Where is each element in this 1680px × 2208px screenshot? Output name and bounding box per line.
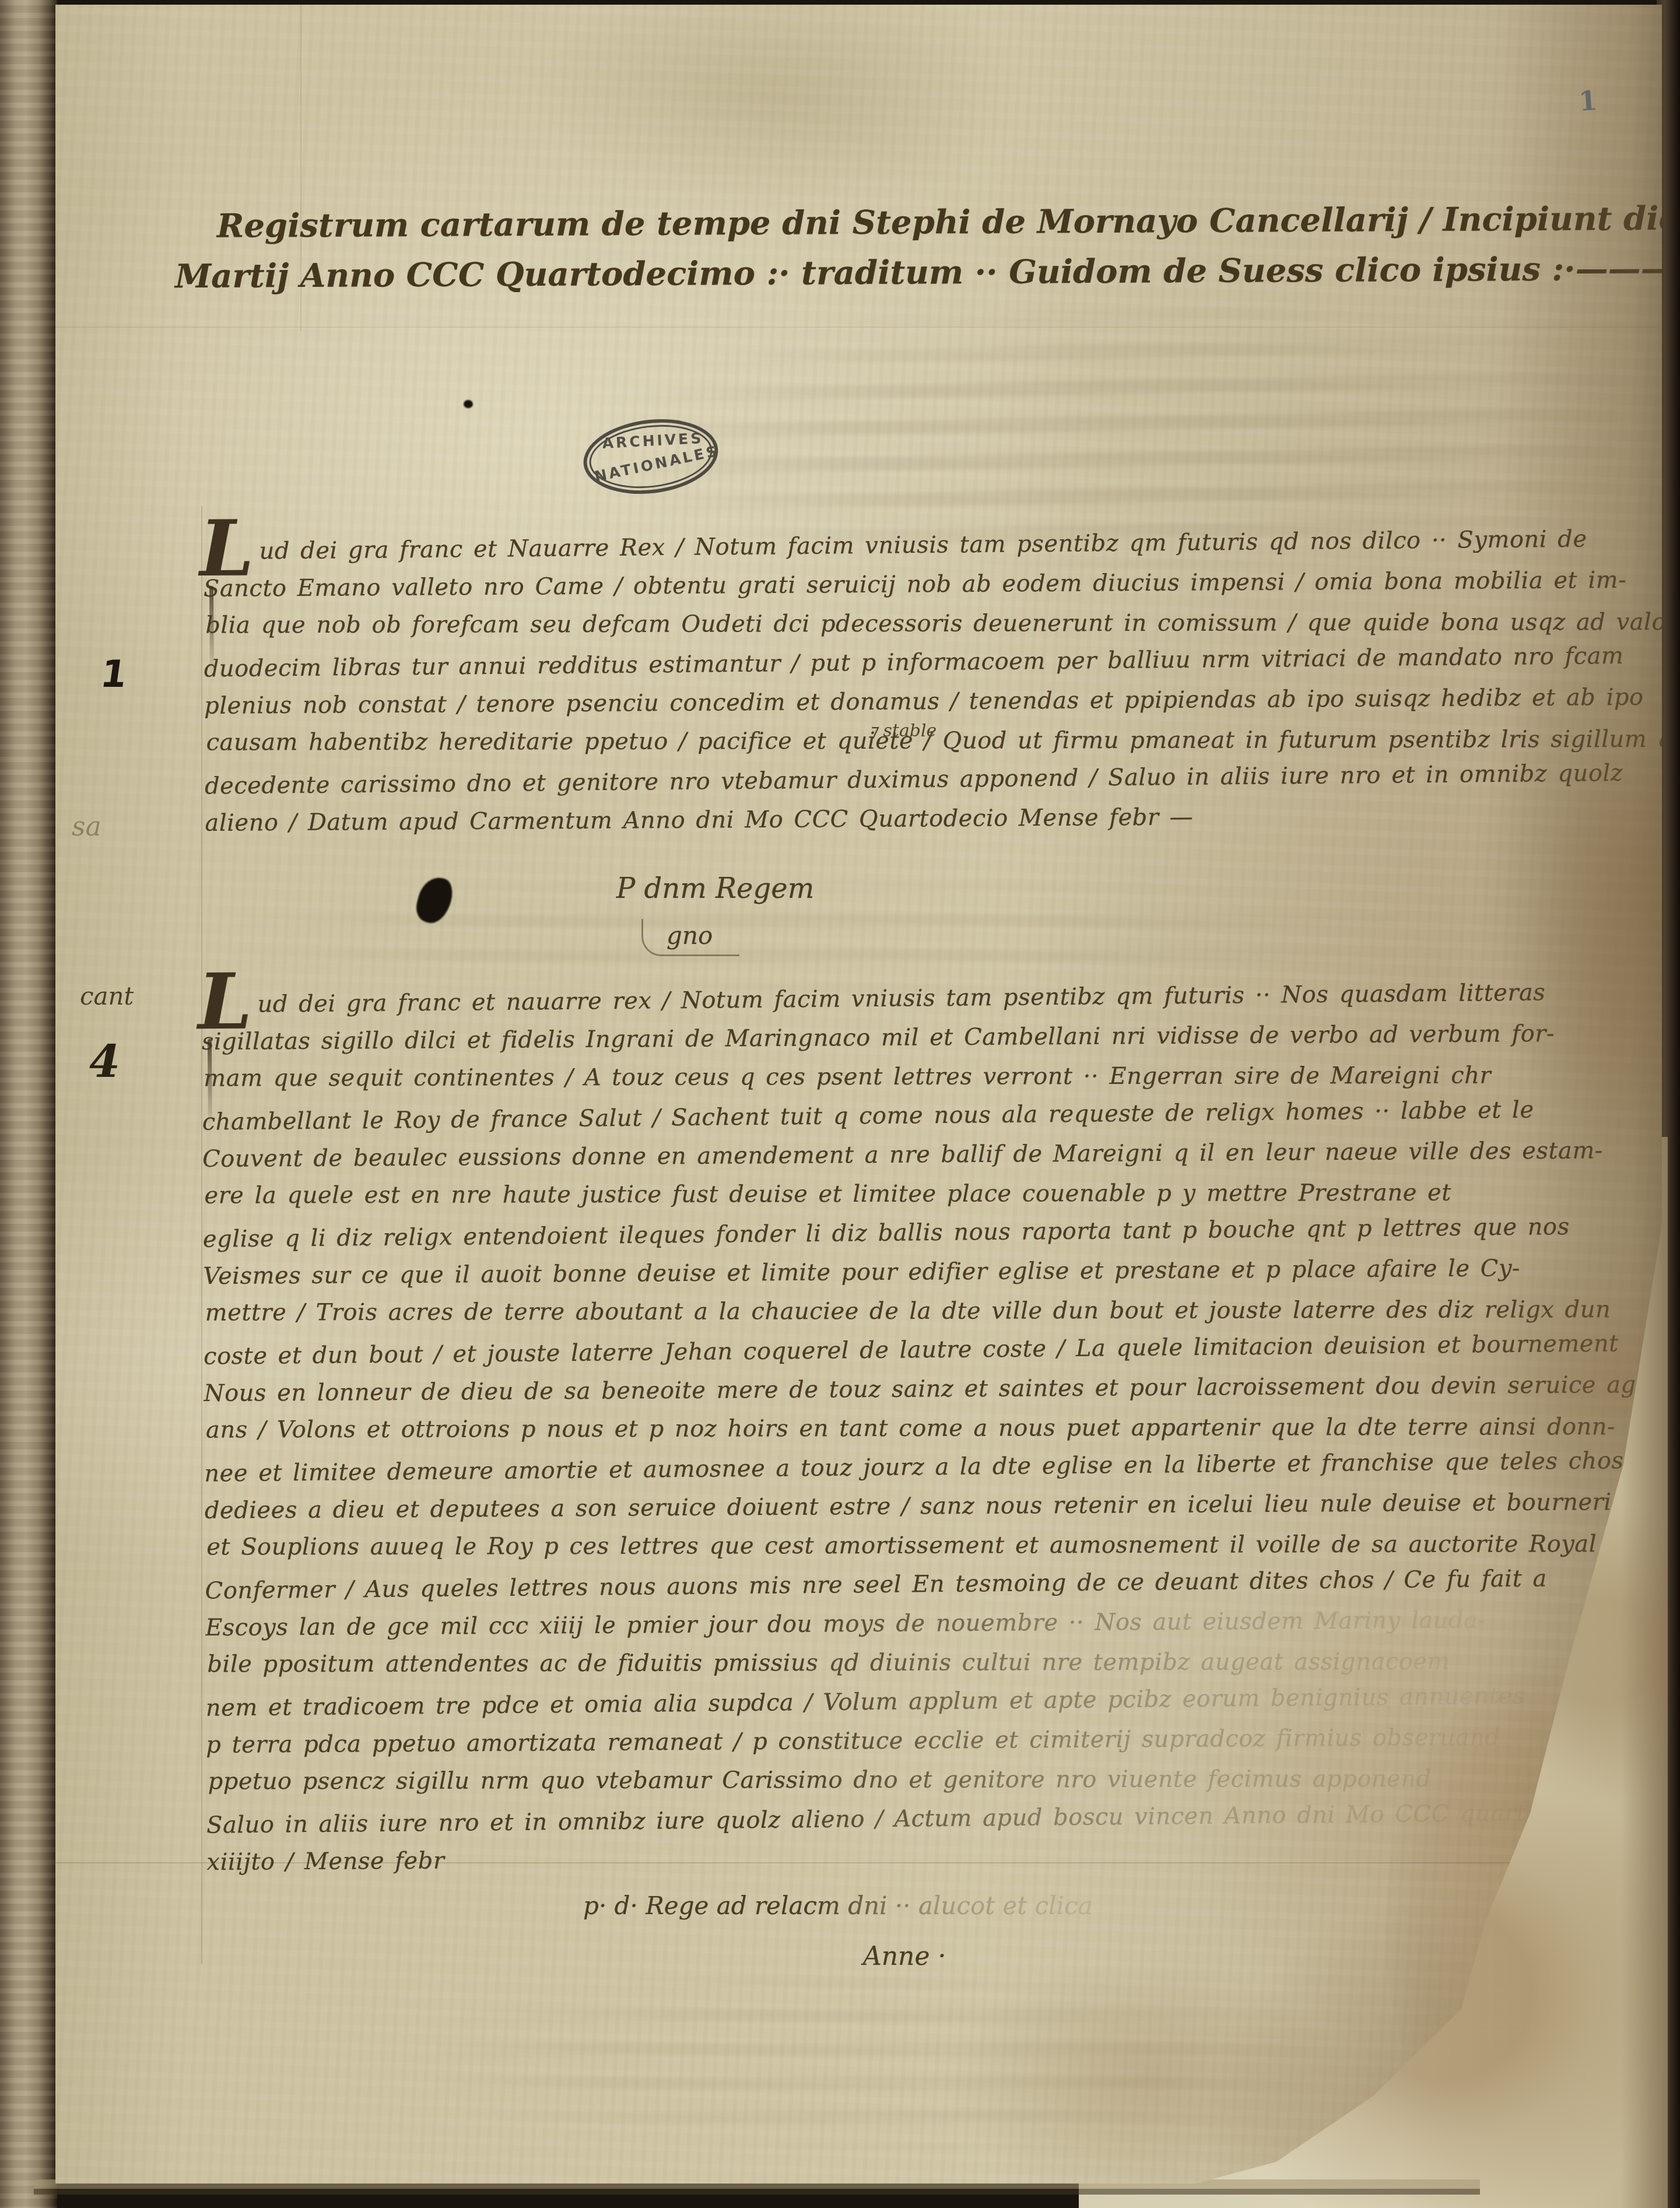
- crease-line: [55, 327, 1659, 328]
- heading-line: Martij Anno CCC Quartodecimo :· traditum…: [175, 243, 1680, 301]
- entry-2: L ud dei gra franc et nauarre rex / Notu…: [201, 975, 1559, 1882]
- chancery-closing: p· d· Rege ad relacm dni ·· alucot et cl…: [583, 1891, 1093, 1920]
- margin-number: 4: [89, 1035, 120, 1087]
- chancery-signature: Anne ·: [863, 1942, 946, 1971]
- ruling-line: [201, 506, 202, 1964]
- book-spine: [0, 0, 57, 2208]
- heading-line: Registrum cartarum de tempe dni Stephi d…: [175, 193, 1680, 251]
- ink-blot: [464, 400, 473, 408]
- manuscript-photo: 1 Registrum cartarum de tempe dni Stephi…: [0, 0, 1680, 2208]
- margin-mark: 1: [98, 653, 130, 696]
- entry-1: L ud dei gra franc et Nauarre Rex / Notu…: [203, 522, 1517, 843]
- interlinear-correction: ⁊ stable: [869, 721, 937, 741]
- chancery-note: gno: [641, 919, 739, 956]
- manuscript-page: 1 Registrum cartarum de tempe dni Stephi…: [55, 5, 1662, 2184]
- verso-showthrough: [434, 1975, 1309, 2150]
- manuscript-line: Escoys lan de gce mil ccc xiiij le pmier…: [205, 1600, 1558, 1648]
- chancery-subscription: P dnm Regem: [616, 872, 814, 905]
- entry-1-lines: ud dei gra franc et Nauarre Rex / Notum …: [203, 522, 1517, 843]
- ink-blot: [413, 873, 456, 926]
- margin-note-cant: cant: [80, 982, 134, 1010]
- manuscript-line: p terra pdca ppetuo amortizata remaneat …: [206, 1718, 1559, 1765]
- margin-mark: sa: [72, 810, 101, 842]
- bottom-page-edges: [34, 2179, 1480, 2208]
- archives-nationales-stamp: ARCHIVES NATIONALES: [579, 412, 722, 501]
- register-heading: Registrum cartarum de tempe dni Stephi d…: [175, 193, 1680, 301]
- folio-number: 1: [1577, 85, 1598, 117]
- entry-2-lines: ud dei gra franc et nauarre rex / Notum …: [201, 975, 1559, 1882]
